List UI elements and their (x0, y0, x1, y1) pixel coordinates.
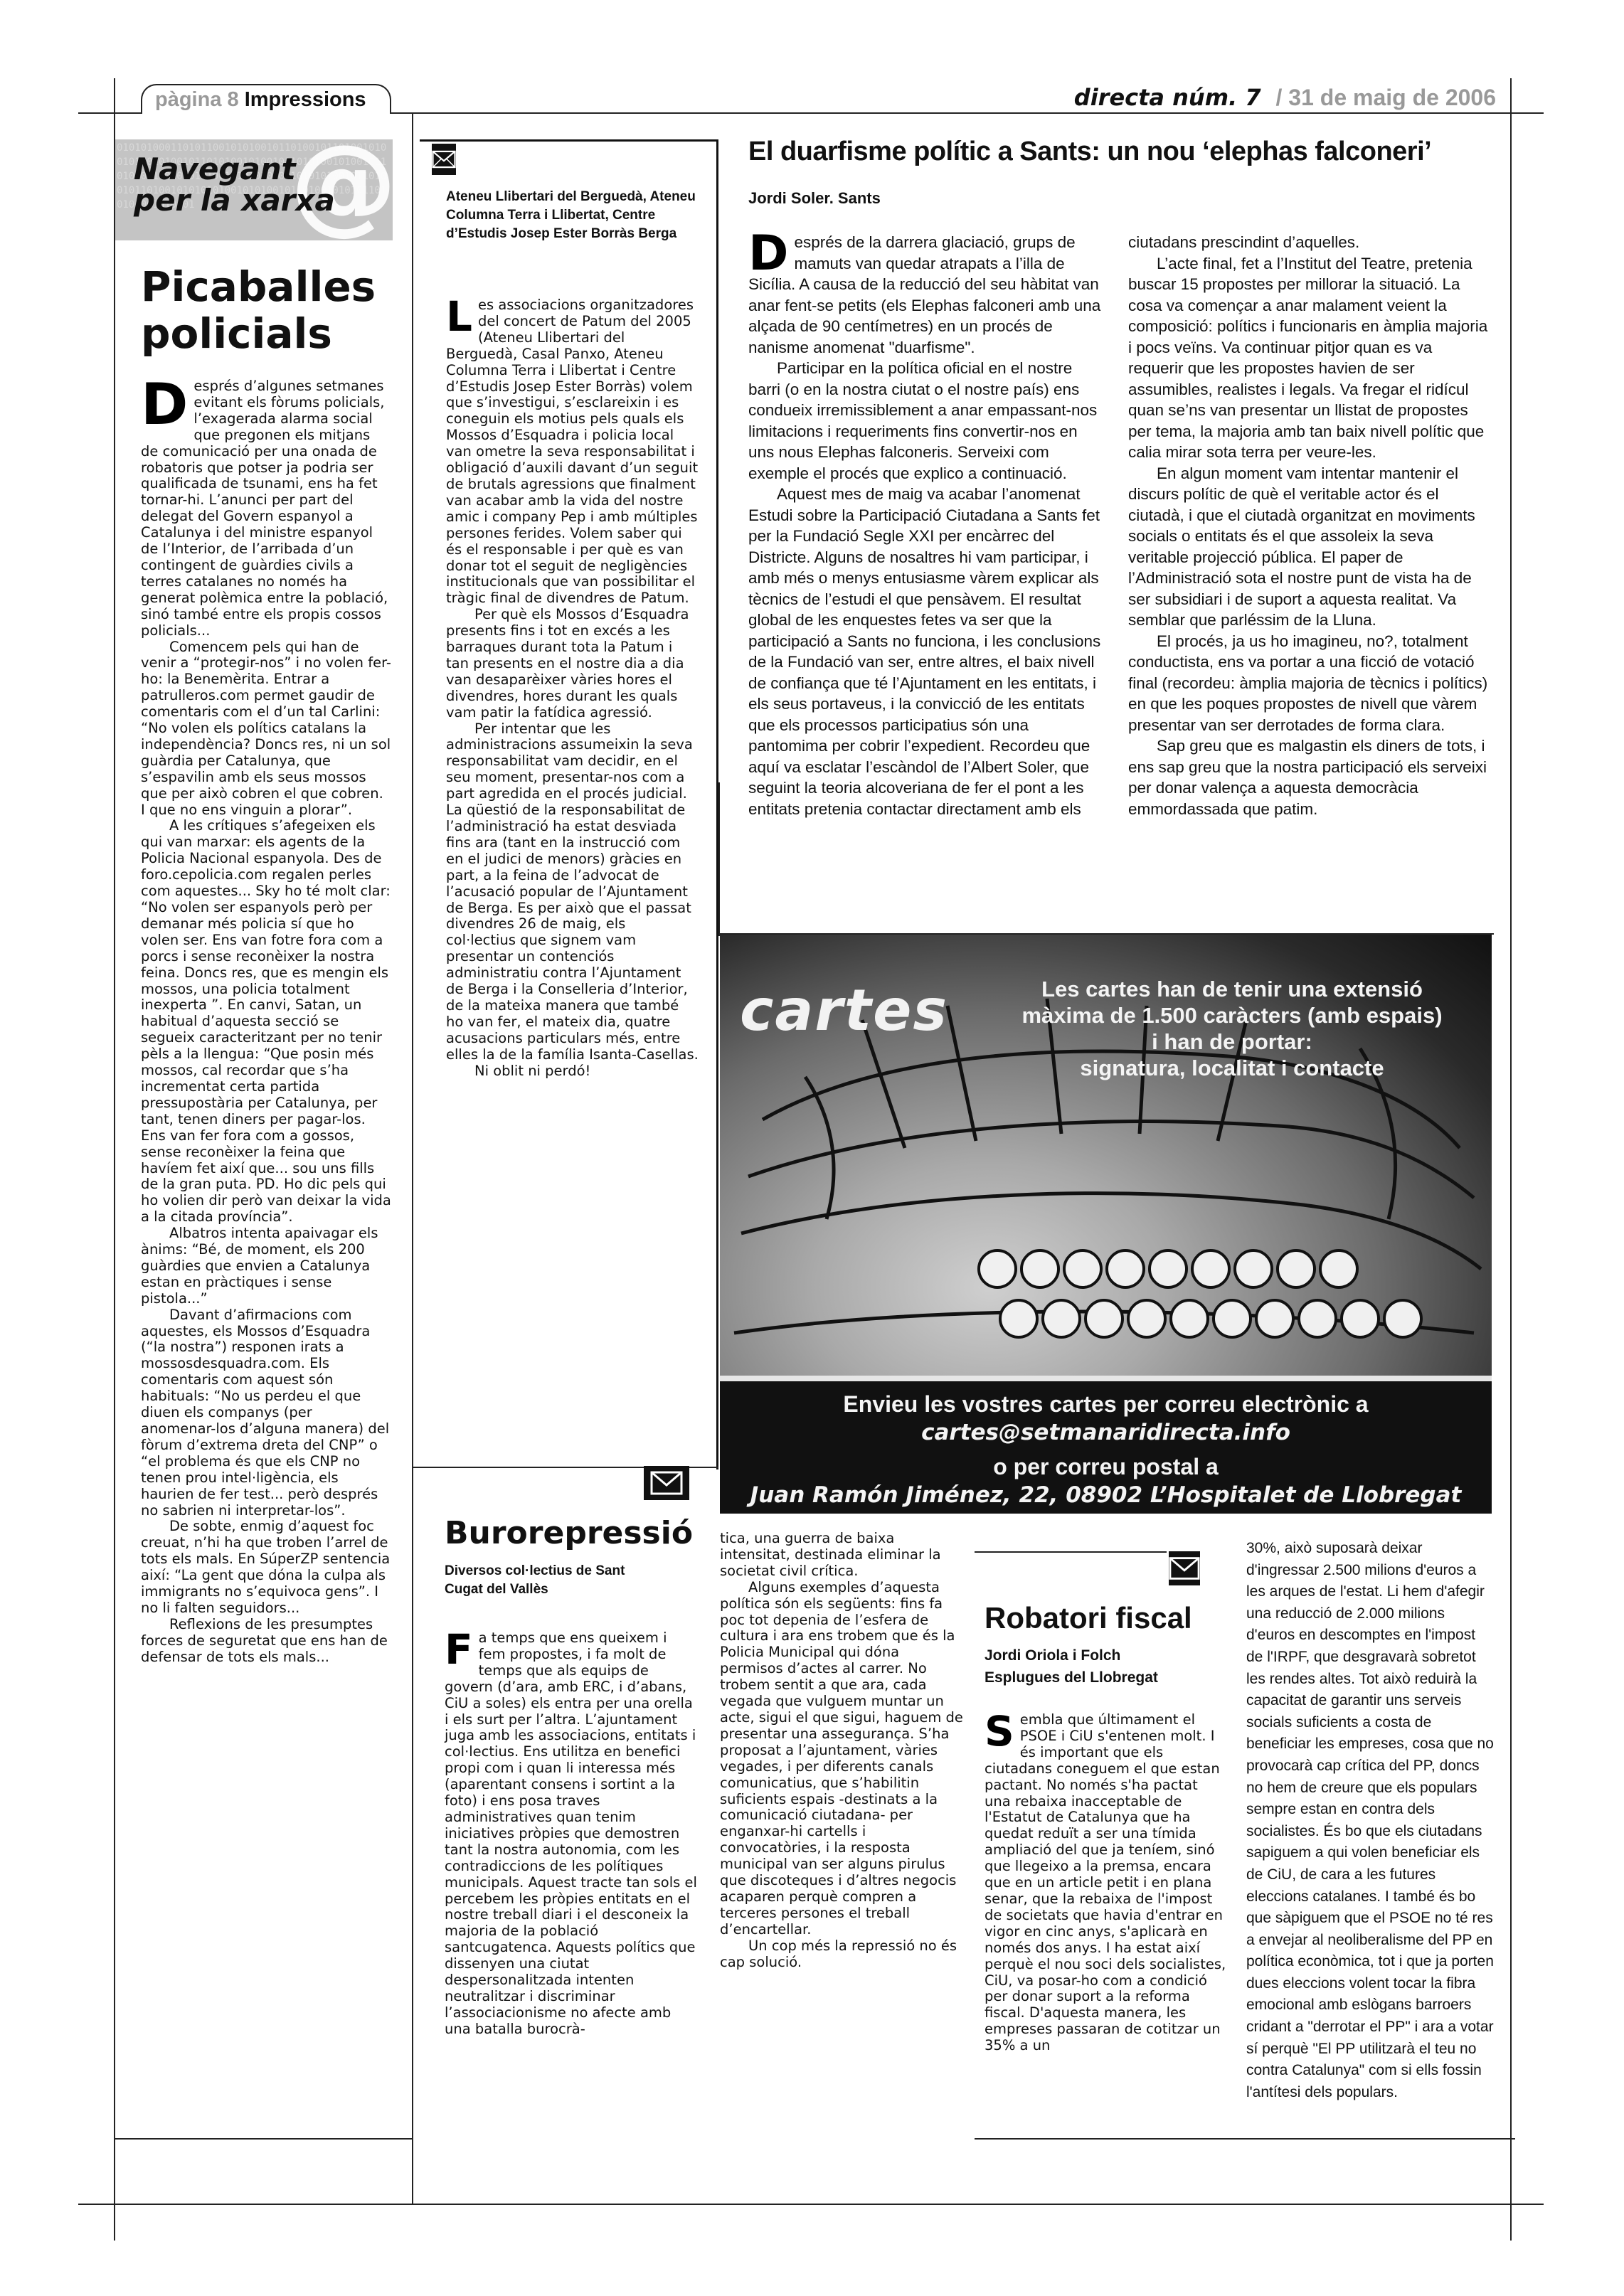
main-col1: Després de la darrera glaciació, grups d… (748, 232, 1104, 819)
cartes-email-link[interactable]: cartes@setmanaridirecta.info (720, 1418, 1492, 1447)
burorepressio-col1: Fa temps que ens queixem i fem propostes… (445, 1630, 697, 2038)
envelope-icon (1169, 1551, 1200, 1585)
dropcap: F (445, 1633, 473, 1666)
robatori-headline: Robatori fiscal (985, 1600, 1192, 1636)
section-name: Impressions (245, 88, 366, 111)
burorepressio-headline: Burorepressió (445, 1515, 693, 1552)
postal-address: Juan Ramón Jiménez, 22, 08902 L’Hospital… (720, 1481, 1492, 1509)
main-col2: ciutadans prescindint d’aquelles. L’acte… (1128, 232, 1488, 819)
bottom-left-rule (114, 2138, 413, 2140)
crop-mark-bottom-left (114, 2177, 115, 2233)
issue-date: / 31 de maig de 2006 (1276, 85, 1497, 110)
envelope-icon (432, 144, 456, 175)
typewriter-keys (979, 1250, 1421, 1337)
robatori-top-rule (975, 1551, 1167, 1553)
bottom-right-rule (975, 2138, 1515, 2140)
masthead: directa núm. 7 / 31 de maig de 2006 (1074, 81, 1496, 114)
main-byline: Jordi Soler. Sants (748, 186, 881, 210)
robatori-col1: Sembla que últimament el PSOE i CiU s'en… (985, 1712, 1226, 2054)
cartes-rules: Les cartes han de tenir una extensió màx… (990, 976, 1474, 1081)
dropcap: S (985, 1715, 1014, 1748)
ad-divider (720, 1376, 1492, 1381)
cartes-ad: cartes Les cartes han de tenir una exten… (720, 935, 1492, 1514)
dropcap: D (141, 381, 188, 428)
robatori-col2: 30%, això suposarà deixar d'ingressar 2.… (1246, 1538, 1495, 2103)
letter-patum-byline: Ateneu Llibertari del Berguedà, Ateneu C… (446, 188, 699, 243)
burorepressio-col2: tica, una guerra de baixa intensitat, de… (720, 1531, 965, 1970)
dropcap: L (446, 300, 472, 333)
burorepressio-byline: Diversos col·lectius de Sant Cugat del V… (445, 1562, 665, 1599)
cartes-title: cartes (740, 977, 948, 1043)
envelope-glyph (650, 1471, 683, 1495)
envelope-glyph (432, 147, 456, 171)
footer-rule (78, 2204, 1544, 2205)
navegant-body: Després d’algunes setmanes evitant els f… (141, 378, 391, 1666)
letter-patum-body: Les associacions organitzadores del conc… (446, 297, 699, 1080)
envelope-glyph (1169, 1556, 1200, 1580)
right-margin-rule (1510, 78, 1512, 2241)
left-margin-rule (114, 78, 115, 2241)
dropcap: D (748, 235, 788, 273)
main-headline: El duarfisme polític a Sants: un nou ‘el… (748, 135, 1495, 168)
banner-title: Navegant per la xarxa (134, 154, 335, 216)
publication-name: directa núm. 7 (1074, 84, 1261, 111)
navegant-headline: Picaballes policials (141, 263, 397, 357)
main-article-left-rule (718, 782, 720, 936)
cartes-contact: Envieu les vostres cartes per correu ele… (720, 1390, 1492, 1509)
envelope-icon (644, 1466, 689, 1500)
page-section-tab: pàgina 8 Impressions (141, 84, 391, 114)
navegant-banner: 0101010001101011001010100101101001011010… (115, 139, 393, 240)
column-rule-1 (412, 112, 413, 2204)
page-number: pàgina 8 (155, 88, 239, 111)
robatori-byline: Jordi Oriola i Folch Esplugues del Llobr… (985, 1644, 1158, 1689)
